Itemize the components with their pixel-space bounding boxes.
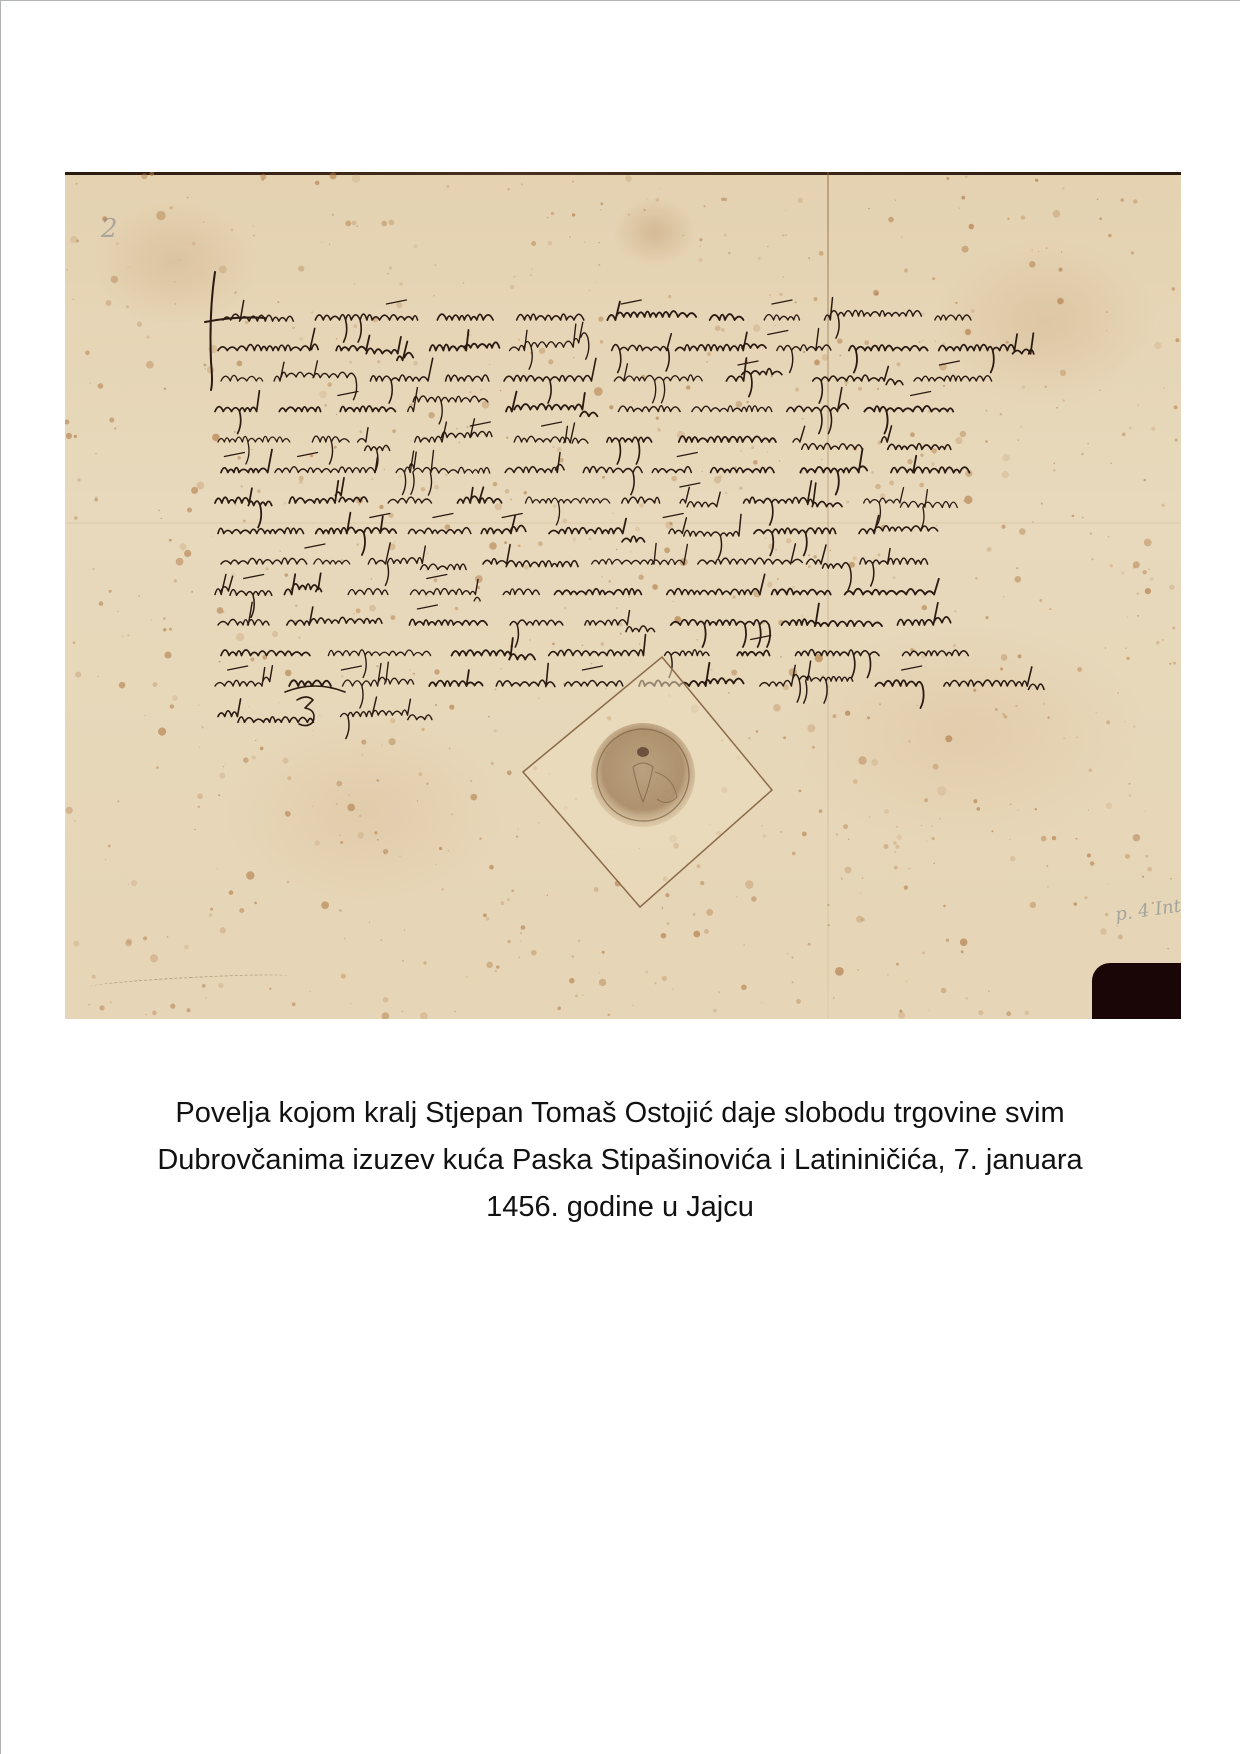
dark-corner-backing [1092, 963, 1181, 1019]
charter-photograph: 2 p. 4 Int [65, 172, 1181, 1019]
caption-line-1: Povelja kojom kralj Stjepan Tomaš Ostoji… [60, 1090, 1180, 1137]
caption-line-3: 1456. godine u Jajcu [60, 1184, 1180, 1231]
document-caption: Povelja kojom kralj Stjepan Tomaš Ostoji… [60, 1090, 1180, 1231]
wax-seal [65, 172, 1181, 1019]
caption-line-2: Dubrovčanima izuzev kuća Paska Stipašino… [60, 1137, 1180, 1184]
